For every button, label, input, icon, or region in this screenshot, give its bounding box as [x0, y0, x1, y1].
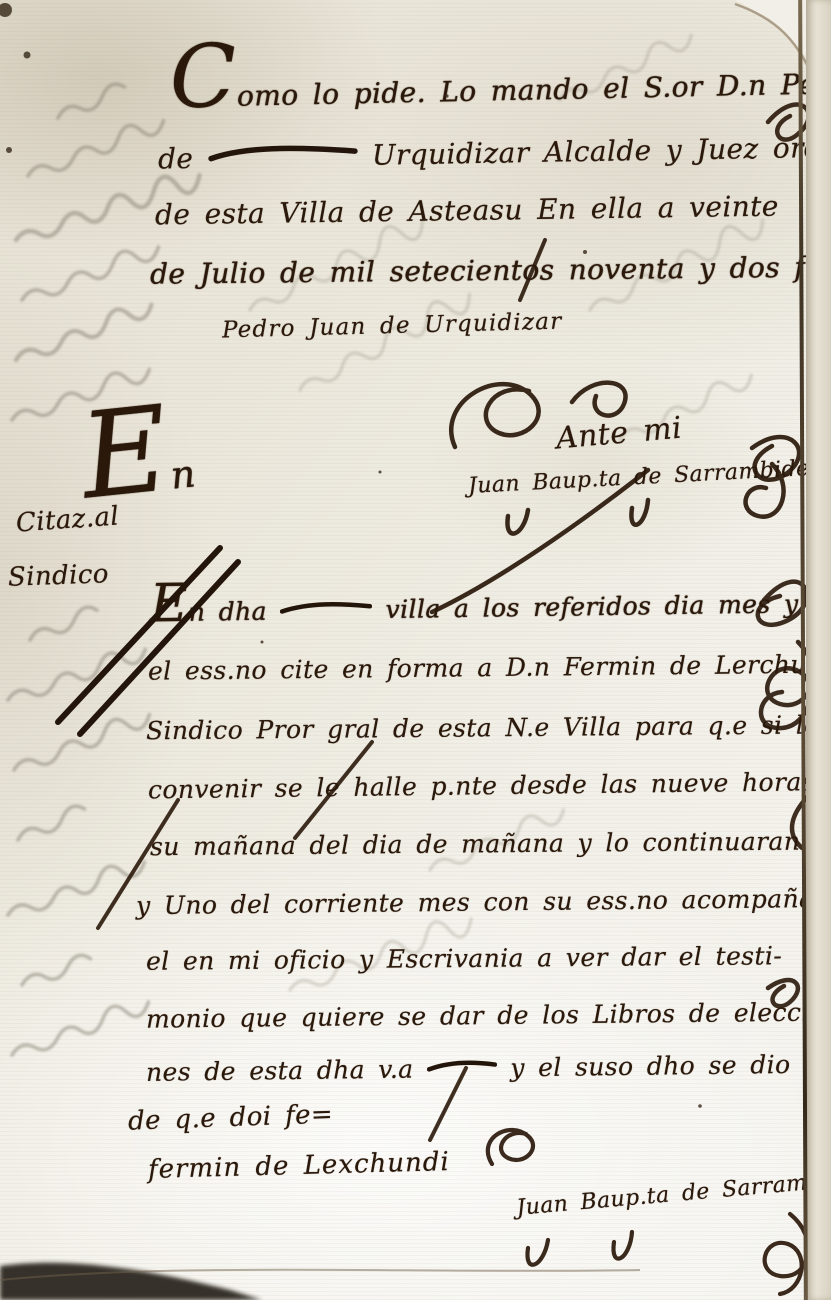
body-line-1-opening: En dha — [150, 597, 267, 628]
body-line-9: nes de esta dha v.a y el suso dho se dio… — [146, 1051, 831, 1084]
body-line-1: En dha villa a los referidos dia mes y a… — [150, 591, 831, 625]
decree-line-3: de esta Villa de Asteasu En ella a veint… — [155, 194, 779, 229]
pen-flourish — [280, 600, 372, 615]
party-signature: fermin de Lexchundi — [148, 1150, 450, 1183]
decree-line-4: de Julio de mil setecientos noventa y do… — [150, 254, 831, 288]
body-line-10: de q.e doi fe= — [128, 1102, 334, 1134]
decree-line-2: de Urquidizar Alcalde y Juez ordinario — [158, 133, 831, 173]
body-line-6: y Uno del corriente mes con su ess.no ac… — [136, 886, 831, 918]
body-line-9-rest: y el suso dho se dio p.r citado — [510, 1048, 831, 1082]
decree-line-1: Como lo pide. Lo mando el S.or D.n Pedro… — [170, 62, 831, 112]
body-line-4: convenir se le halle p.nte desde las nue… — [148, 770, 831, 802]
body-line-8: monio que quiere se dar de los Libros de… — [146, 1000, 831, 1031]
bottom-shadow — [0, 1263, 640, 1300]
body-line-9-start: nes de esta dha v.a — [146, 1055, 414, 1087]
facing-page-edge — [806, 0, 831, 1300]
margin-note-line-2: Sindico — [8, 562, 110, 590]
body-line-5: su mañana del dia de mañana y lo continu… — [150, 829, 831, 859]
body-line-1-rest: villa a los referidos dia mes y año: Yo — [385, 588, 831, 624]
body-line-2: el ess.no cite en forma a D.n Fermin de … — [148, 652, 831, 683]
margin-note-initial: En — [82, 446, 197, 502]
body-line-3: Sindico Pror gral de esta N.e Villa para… — [146, 713, 831, 743]
decree-line-2-word: de — [158, 142, 194, 176]
alcalde-signature: Pedro Juan de Urquidizar — [222, 312, 563, 343]
decree-line-2-rest: Urquidizar Alcalde y Juez ordinario — [372, 129, 831, 171]
attestation-heading: Ante mi — [555, 415, 683, 454]
notary-closing-signature: Juan Baup.ta de Sarrambide — [516, 1169, 831, 1220]
body-line-7: el en mi oficio y Escrivania a ver dar e… — [146, 944, 782, 973]
margin-note-line-1: Citaz.al — [15, 504, 120, 536]
manuscript-page: Como lo pide. Lo mando el S.or D.n Pedro… — [0, 0, 831, 1300]
pen-flourish — [207, 143, 357, 164]
pen-flourish — [427, 1059, 497, 1074]
notary-signature: Juan Baup.ta de Sarrambide — [468, 459, 810, 498]
